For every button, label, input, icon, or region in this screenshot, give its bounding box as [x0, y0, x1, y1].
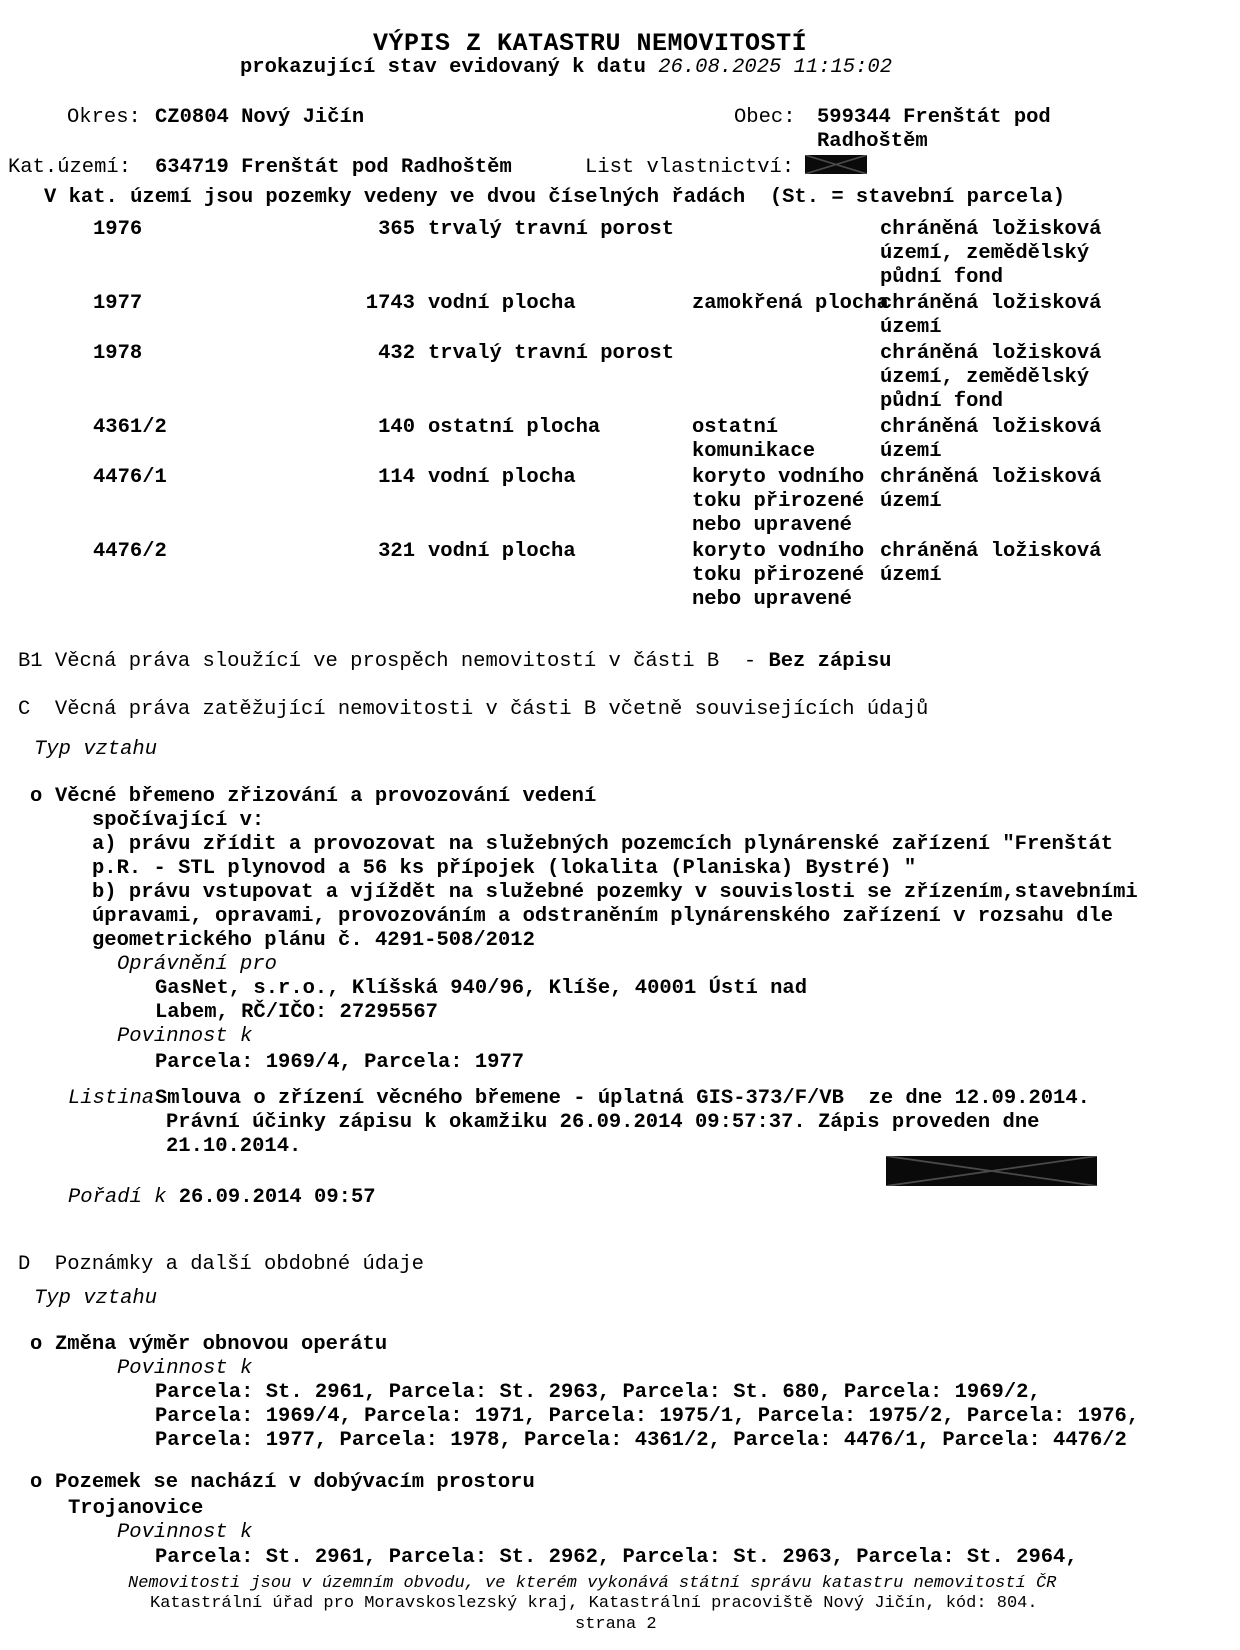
- parcel-area: 1743: [330, 292, 415, 316]
- parcel-area: 114: [330, 466, 415, 490]
- section-b1-text: B1 Věcná práva sloužící ve prospěch nemo…: [18, 650, 768, 673]
- parcel-use-line: koryto vodního: [692, 466, 864, 490]
- parcel-number: 1976: [93, 218, 142, 242]
- parcel-protection-line: území, zemědělský: [880, 242, 1089, 266]
- subtitle-datetime: 26.08.2025 11:15:02: [658, 56, 892, 79]
- parcel-protection-line: území: [880, 440, 942, 464]
- kat-uzemi-value: 634719 Frenštát pod Radhoštěm: [155, 156, 512, 180]
- section-b1-heading: B1 Věcná práva sloužící ve prospěch nemo…: [18, 650, 891, 674]
- listina-line: Smlouva o zřízení věcného břemene - úpla…: [155, 1087, 1090, 1111]
- parcel-land-type: ostatní plocha: [428, 416, 600, 440]
- parcel-protection-line: chráněná ložisková: [880, 218, 1101, 242]
- parcel-area: 365: [330, 218, 415, 242]
- parcel-land-type: vodní plocha: [428, 292, 576, 316]
- note-item2-title: Pozemek se nachází v dobývacím prostoru: [55, 1471, 535, 1495]
- footer-note-line1: Nemovitosti jsou v územním obvodu, ve kt…: [128, 1574, 1056, 1594]
- footer-note-line2: Katastrální úřad pro Moravskoslezský kra…: [150, 1594, 1038, 1614]
- povinnost-parcel-line: Parcela: 1977, Parcela: 1978, Parcela: 4…: [155, 1429, 1127, 1453]
- listina-line: Právní účinky zápisu k okamžiku 26.09.20…: [166, 1111, 1039, 1135]
- redaction-box-signature: [886, 1156, 1097, 1186]
- parcel-number: 4476/2: [93, 540, 167, 564]
- parcel-protection-line: chráněná ložisková: [880, 342, 1101, 366]
- redaction-cross-icon: [805, 155, 867, 174]
- parcel-land-type: trvalý travní porost: [428, 342, 674, 366]
- typ-vztahu-label: Typ vztahu: [34, 1287, 157, 1311]
- parcel-protection-line: území: [880, 490, 942, 514]
- povinnost-parcel-line: Parcela: St. 2961, Parcela: St. 2963, Pa…: [155, 1381, 1041, 1405]
- parcel-use-line: ostatní: [692, 416, 778, 440]
- parcel-protection-line: chráněná ložisková: [880, 416, 1101, 440]
- parcel-area: 140: [330, 416, 415, 440]
- parcel-protection-line: území: [880, 316, 942, 340]
- povinnost-value: Parcela: 1969/4, Parcela: 1977: [155, 1051, 524, 1075]
- parcel-use-line: nebo upravené: [692, 588, 852, 612]
- listina-line: 21.10.2014.: [166, 1135, 301, 1159]
- list-bullet: o: [30, 1471, 42, 1495]
- listina-label: Listina: [68, 1087, 154, 1111]
- parcel-use-line: komunikace: [692, 440, 815, 464]
- obec-value-line1: 599344 Frenštát pod: [817, 106, 1051, 130]
- parcel-number: 1978: [93, 342, 142, 366]
- redaction-cross-icon: [886, 1156, 1097, 1186]
- parcel-protection-line: území: [880, 564, 942, 588]
- parcel-note: V kat. území jsou pozemky vedeny ve dvou…: [44, 186, 1065, 210]
- parcel-use-line: koryto vodního: [692, 540, 864, 564]
- subtitle-label: prokazující stav evidovaný k datu: [240, 56, 658, 79]
- parcel-protection-line: chráněná ložisková: [880, 466, 1101, 490]
- section-b1-emphasis: Bez zápisu: [768, 650, 891, 673]
- section-c-heading: C Věcná práva zatěžující nemovitosti v č…: [18, 698, 928, 722]
- parcel-use-line: toku přirozené: [692, 490, 864, 514]
- typ-vztahu-label: Typ vztahu: [34, 738, 157, 762]
- opravneni-label: Oprávnění pro: [117, 953, 277, 977]
- okres-value: CZ0804 Nový Jičín: [155, 106, 364, 130]
- parcel-protection-line: chráněná ložisková: [880, 540, 1101, 564]
- kat-uzemi-label: Kat.území:: [8, 156, 131, 180]
- easement-body-line: a) právu zřídit a provozovat na služebný…: [92, 833, 1113, 857]
- document-title: VÝPIS Z KATASTRU NEMOVITOSTÍ: [373, 30, 807, 59]
- obec-value-line2: Radhoštěm: [817, 130, 928, 154]
- list-bullet: o: [30, 785, 42, 809]
- list-vlastnictvi-label: List vlastnictví:: [585, 156, 794, 180]
- easement-title: Věcné břemeno zřizování a provozování ve…: [55, 785, 596, 809]
- parcel-land-type: trvalý travní porost: [428, 218, 674, 242]
- cadastre-extract-page: VÝPIS Z KATASTRU NEMOVITOSTÍ prokazující…: [0, 0, 1240, 1650]
- parcel-land-type: vodní plocha: [428, 540, 576, 564]
- poradi-line: Pořadí k 26.09.2014 09:57: [68, 1186, 376, 1210]
- poradi-label: Pořadí k: [68, 1186, 179, 1209]
- povinnost-label: Povinnost k: [117, 1357, 252, 1381]
- parcel-use-line: zamokřená plocha: [692, 292, 889, 316]
- parcel-use-line: toku přirozené: [692, 564, 864, 588]
- povinnost-parcel-line: Parcela: 1969/4, Parcela: 1971, Parcela:…: [155, 1405, 1139, 1429]
- page-number: strana 2: [575, 1615, 657, 1635]
- parcel-protection-line: území, zemědělský: [880, 366, 1089, 390]
- easement-body-line: p.R. - STL plynovod a 56 ks přípojek (lo…: [92, 857, 916, 881]
- povinnost-label: Povinnost k: [117, 1521, 252, 1545]
- opravneni-line: Labem, RČ/IČO: 27295567: [155, 1001, 438, 1025]
- parcel-protection-line: půdní fond: [880, 390, 1003, 414]
- section-d-heading: D Poznámky a další obdobné údaje: [18, 1253, 424, 1277]
- list-bullet: o: [30, 1333, 42, 1357]
- easement-body-line: b) právu vstupovat a vjíždět na služebné…: [92, 881, 1138, 905]
- poradi-value: 26.09.2014 09:57: [179, 1186, 376, 1209]
- povinnost-parcel-line: Parcela: St. 2961, Parcela: St. 2962, Pa…: [155, 1546, 1078, 1570]
- povinnost-label: Povinnost k: [117, 1025, 252, 1049]
- parcel-area: 432: [330, 342, 415, 366]
- okres-label: Okres:: [67, 106, 141, 130]
- obec-label: Obec:: [734, 106, 796, 130]
- parcel-use-line: nebo upravené: [692, 514, 852, 538]
- parcel-number: 4476/1: [93, 466, 167, 490]
- easement-body-line: geometrického plánu č. 4291-508/2012: [92, 929, 535, 953]
- parcel-area: 321: [330, 540, 415, 564]
- parcel-number: 1977: [93, 292, 142, 316]
- parcel-protection-line: půdní fond: [880, 266, 1003, 290]
- parcel-protection-line: chráněná ložisková: [880, 292, 1101, 316]
- note-item1-title: Změna výměr obnovou operátu: [55, 1333, 387, 1357]
- redaction-box-list-vlastnictvi: [805, 155, 867, 174]
- parcel-number: 4361/2: [93, 416, 167, 440]
- document-subtitle: prokazující stav evidovaný k datu 26.08.…: [240, 56, 892, 80]
- easement-body-line: spočívající v:: [92, 809, 264, 833]
- easement-body-line: úpravami, opravami, provozováním a odstr…: [92, 905, 1113, 929]
- note-item2-subtitle: Trojanovice: [68, 1497, 203, 1521]
- parcel-land-type: vodní plocha: [428, 466, 576, 490]
- opravneni-line: GasNet, s.r.o., Klíšská 940/96, Klíše, 4…: [155, 977, 807, 1001]
